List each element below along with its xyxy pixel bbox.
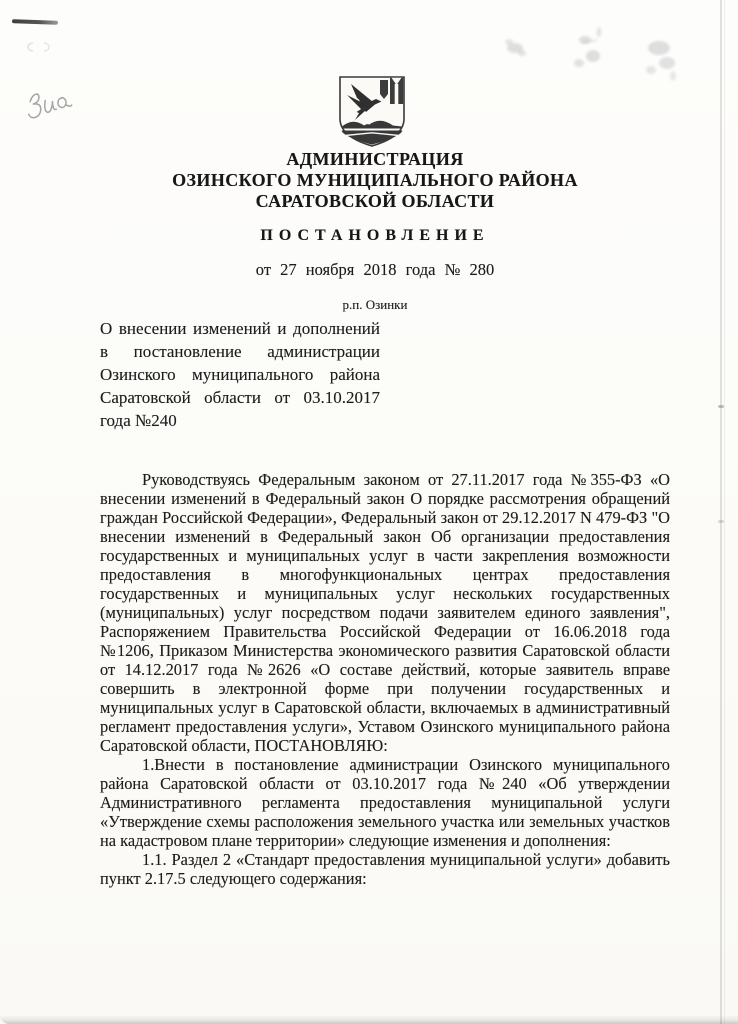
place-line: р.п. Озинки: [12, 297, 738, 313]
document-page: АДМИНИСТРАЦИЯ ОЗИНСКОГО МУНИЦИПАЛЬНОГО Р…: [0, 0, 738, 1024]
scan-edge-line: [720, 0, 722, 1024]
paragraph-preamble: Руководствуясь Федеральным законом от 27…: [100, 470, 670, 755]
document-type-title: ПОСТАНОВЛЕНИЕ: [12, 227, 738, 245]
org-name-block: АДМИНИСТРАЦИЯ ОЗИНСКОГО МУНИЦИПАЛЬНОГО Р…: [12, 149, 738, 212]
paragraph-clause-1-1: 1.1. Раздел 2 «Стандарт предоставления м…: [100, 850, 670, 888]
body-text: Руководствуясь Федеральным законом от 27…: [100, 470, 670, 888]
scan-edge-spot: [718, 405, 724, 408]
page-bottom-shadow: [0, 1015, 738, 1024]
date-number-line: от 27 ноября 2018 года № 280: [12, 260, 738, 280]
ink-smudges: [493, 18, 705, 90]
scan-edge-line-faint: [724, 0, 725, 1024]
subject-block: О внесении изменений и дополнений в пост…: [100, 317, 380, 432]
paragraph-clause-1: 1.Внести в постановление администрации О…: [100, 755, 670, 850]
coat-of-arms-icon: [333, 73, 411, 151]
scan-edge-spot: [718, 520, 724, 523]
pen-dash-mark: [12, 19, 58, 25]
faint-pencil-marks: [24, 40, 54, 54]
org-line-2: ОЗИНСКОГО МУНИЦИПАЛЬНОГО РАЙОНА: [12, 170, 738, 191]
org-line-1: АДМИНИСТРАЦИЯ: [12, 149, 738, 170]
handwritten-note: [20, 76, 77, 133]
org-line-3: САРАТОВСКОЙ ОБЛАСТИ: [12, 191, 738, 212]
